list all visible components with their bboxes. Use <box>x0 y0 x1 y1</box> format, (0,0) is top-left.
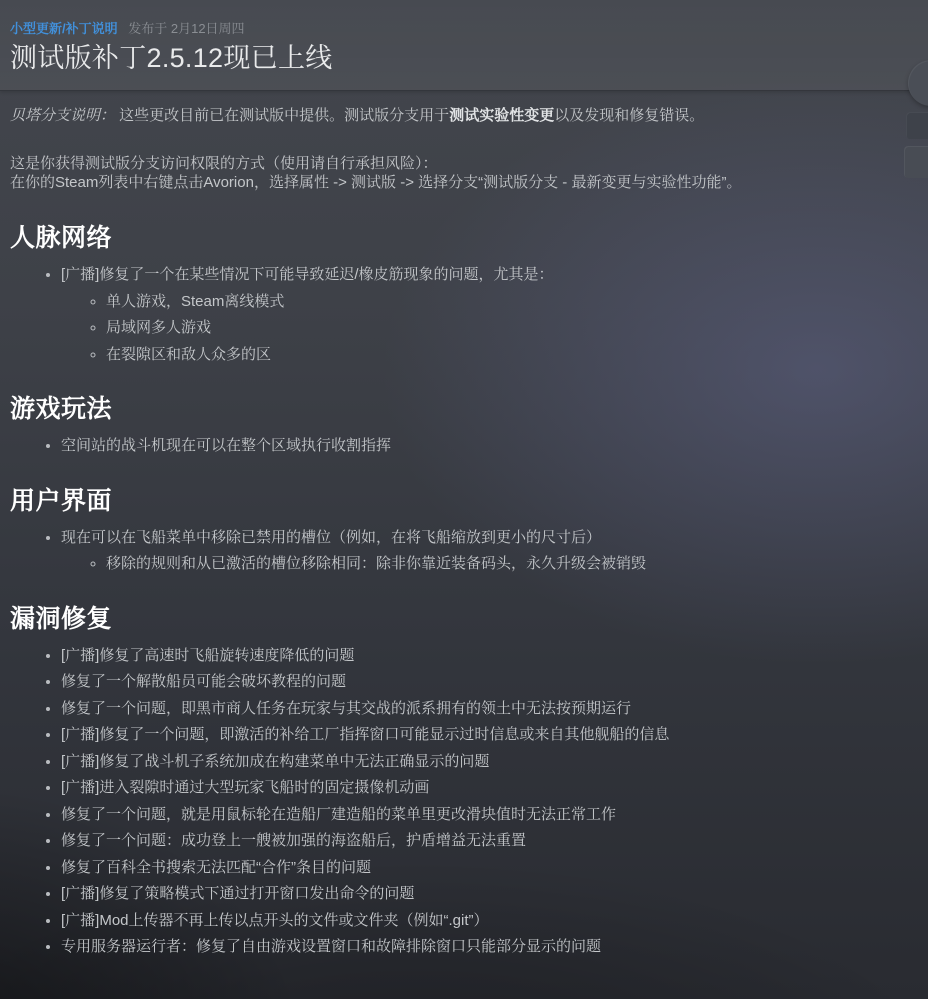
beta-branch-note: 贝塔分支说明： 这些更改目前已在测试版中提供。测试版分支用于测试实验性变更以及发… <box>10 106 882 125</box>
floating-action-button-top[interactable] <box>906 112 928 139</box>
list-item: [广播]修复了一个问题，即激活的补给工厂指挥窗口可能显示过时信息或来自其他舰船的… <box>61 726 882 744</box>
list-subitem-text: 局域网多人游戏 <box>106 319 211 336</box>
news-header: 小型更新/补丁说明 发布于 2月12日周四 测试版补丁2.5.12现已上线 <box>0 0 928 73</box>
section-title-networking: 人脉网络 <box>10 223 882 253</box>
steam-patch-notes-page: { "page": { "category_label": "小型更新/补丁说明… <box>0 0 928 999</box>
beta-note-tail: 以及发现和修复错误。 <box>554 107 704 124</box>
list-item-text: [广播]修复了高速时飞船旋转速度降低的问题 <box>61 647 354 664</box>
list-item: 修复了一个问题，即黑市商人任务在玩家与其交战的派系拥有的领土中无法按预期运行 <box>61 700 882 718</box>
floating-action-button-bottom[interactable] <box>904 146 928 178</box>
breadcrumb: 小型更新/补丁说明 发布于 2月12日周四 <box>10 21 888 36</box>
networking-sublist: 单人游戏，Steam离线模式 局域网多人游戏 在裂隙区和敌人众多的区 <box>61 293 882 364</box>
list-item: 修复了一个问题，就是用鼠标轮在造船厂建造船的菜单里更改滑块值时无法正常工作 <box>61 806 882 824</box>
gameplay-list: 空间站的战斗机现在可以在整个区域执行收割指挥 <box>10 437 882 455</box>
section-title-ui: 用户界面 <box>10 486 882 516</box>
bugfix-list: [广播]修复了高速时飞船旋转速度降低的问题 修复了一个解散船员可能会破坏教程的问… <box>10 647 882 956</box>
list-item-text: 修复了一个解散船员可能会破坏教程的问题 <box>61 673 346 690</box>
list-item: 修复了百科全书搜索无法匹配“合作”条目的问题 <box>61 859 882 877</box>
ui-sublist: 移除的规则和从已激活的槽位移除相同：除非你靠近装备码头，永久升级会被销毁 <box>61 555 882 573</box>
list-item-text: [广播]修复了一个在某些情况下可能导致延迟/橡皮筋现象的问题，尤其是： <box>61 266 554 283</box>
beta-note-text: 这些更改目前已在测试版中提供。测试版分支用于 <box>115 107 449 124</box>
list-item-text: 专用服务器运行者：修复了自由游戏设置窗口和故障排除窗口只能部分显示的问题 <box>61 938 601 955</box>
list-subitem: 局域网多人游戏 <box>106 319 882 337</box>
beta-note-bold: 测试实验性变更 <box>449 107 554 124</box>
list-subitem-text: 单人游戏，Steam离线模式 <box>106 293 284 310</box>
list-item: [广播]进入裂隙时通过大型玩家飞船时的固定摄像机动画 <box>61 779 882 797</box>
list-item-text: 空间站的战斗机现在可以在整个区域执行收割指挥 <box>61 437 391 454</box>
list-item: 修复了一个问题：成功登上一艘被加强的海盗船后，护盾增益无法重置 <box>61 832 882 850</box>
list-item: 现在可以在飞船菜单中移除已禁用的槽位（例如，在将飞船缩放到更小的尺寸后） 移除的… <box>61 529 882 573</box>
list-subitem: 移除的规则和从已激活的槽位移除相同：除非你靠近装备码头，永久升级会被销毁 <box>106 555 882 573</box>
ui-list: 现在可以在飞船菜单中移除已禁用的槽位（例如，在将飞船缩放到更小的尺寸后） 移除的… <box>10 529 882 573</box>
list-item: [广播]修复了高速时飞船旋转速度降低的问题 <box>61 647 882 665</box>
list-subitem-text: 在裂隙区和敌人众多的区 <box>106 346 271 363</box>
category-link[interactable]: 小型更新/补丁说明 <box>10 21 118 36</box>
access-line-1: 这是你获得测试版分支访问权限的方式（使用请自行承担风险）： <box>10 155 438 172</box>
list-subitem: 在裂隙区和敌人众多的区 <box>106 346 882 364</box>
access-line-2: 在你的Steam列表中右键点击Avorion，选择属性 -> 测试版 -> 选择… <box>10 174 741 191</box>
list-item: [广播]修复了策略模式下通过打开窗口发出命令的问题 <box>61 885 882 903</box>
networking-list: [广播]修复了一个在某些情况下可能导致延迟/橡皮筋现象的问题，尤其是： 单人游戏… <box>10 266 882 363</box>
list-item-text: 修复了一个问题，就是用鼠标轮在造船厂建造船的菜单里更改滑块值时无法正常工作 <box>61 806 616 823</box>
list-item: 修复了一个解散船员可能会破坏教程的问题 <box>61 673 882 691</box>
posted-date: 发布于 2月12日周四 <box>128 21 244 36</box>
page-title: 测试版补丁2.5.12现已上线 <box>10 43 888 73</box>
list-item-text: 现在可以在飞船菜单中移除已禁用的槽位（例如，在将飞船缩放到更小的尺寸后） <box>61 529 601 546</box>
list-item: 空间站的战斗机现在可以在整个区域执行收割指挥 <box>61 437 882 455</box>
beta-note-label: 贝塔分支说明： <box>10 107 115 124</box>
list-item: [广播]Mod上传器不再上传以点开头的文件或文件夹（例如“.git”） <box>61 912 882 930</box>
list-item-text: 修复了一个问题：成功登上一艘被加强的海盗船后，护盾增益无法重置 <box>61 832 526 849</box>
list-item-text: [广播]修复了一个问题，即激活的补给工厂指挥窗口可能显示过时信息或来自其他舰船的… <box>61 726 669 743</box>
section-title-bugfixes: 漏洞修复 <box>10 604 882 634</box>
patch-notes-body: 贝塔分支说明： 这些更改目前已在测试版中提供。测试版分支用于测试实验性变更以及发… <box>0 106 928 956</box>
list-item: [广播]修复了战斗机子系统加成在构建菜单中无法正确显示的问题 <box>61 753 882 771</box>
list-item-text: 修复了百科全书搜索无法匹配“合作”条目的问题 <box>61 859 371 876</box>
list-item-text: [广播]进入裂隙时通过大型玩家飞船时的固定摄像机动画 <box>61 779 429 796</box>
list-item-text: [广播]Mod上传器不再上传以点开头的文件或文件夹（例如“.git”） <box>61 912 489 929</box>
list-item-text: [广播]修复了战斗机子系统加成在构建菜单中无法正确显示的问题 <box>61 753 489 770</box>
section-title-gameplay: 游戏玩法 <box>10 394 882 424</box>
access-instructions: 这是你获得测试版分支访问权限的方式（使用请自行承担风险）： 在你的Steam列表… <box>10 154 882 192</box>
list-subitem-text: 移除的规则和从已激活的槽位移除相同：除非你靠近装备码头，永久升级会被销毁 <box>106 555 646 572</box>
list-item-text: [广播]修复了策略模式下通过打开窗口发出命令的问题 <box>61 885 414 902</box>
list-subitem: 单人游戏，Steam离线模式 <box>106 293 882 311</box>
list-item: [广播]修复了一个在某些情况下可能导致延迟/橡皮筋现象的问题，尤其是： 单人游戏… <box>61 266 882 363</box>
list-item: 专用服务器运行者：修复了自由游戏设置窗口和故障排除窗口只能部分显示的问题 <box>61 938 882 956</box>
list-item-text: 修复了一个问题，即黑市商人任务在玩家与其交战的派系拥有的领土中无法按预期运行 <box>61 700 631 717</box>
